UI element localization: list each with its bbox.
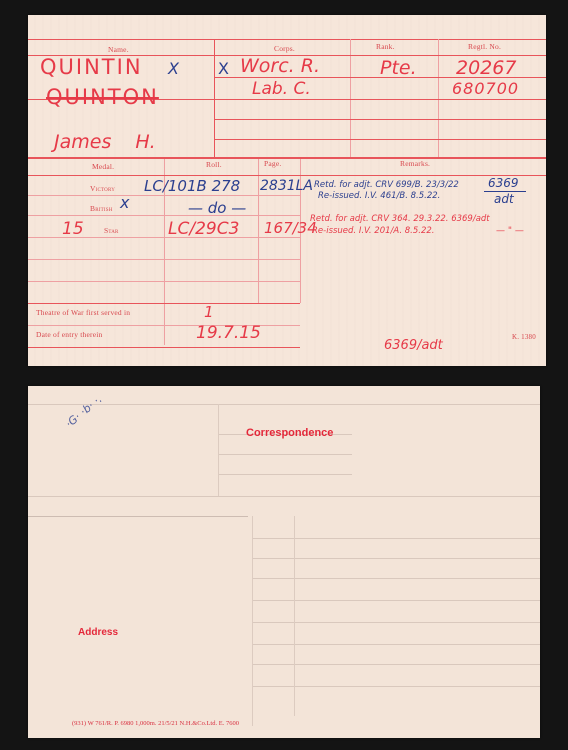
rule bbox=[252, 664, 540, 665]
remarks-star-line-2: Re-issued. I.V. 201/A. 8.5.22. bbox=[312, 227, 435, 236]
name-header: Name. bbox=[108, 45, 129, 54]
printer-imprint: (931) W 761/R. P. 6980 1,000m. 21/5/21 N… bbox=[72, 720, 239, 727]
medal-label-british: British bbox=[90, 204, 113, 213]
regtl-no-2: 680700 bbox=[452, 81, 519, 97]
remarks-vb-line-1: Retd. for adjt. CRV 699/B. 23/3/22 bbox=[314, 181, 459, 190]
rank-value: Pte. bbox=[380, 59, 417, 78]
roll-header: Roll. bbox=[206, 160, 222, 169]
rule bbox=[28, 347, 300, 348]
rule bbox=[28, 157, 546, 159]
remarks-vb-line-2: Re-issued. I.V. 461/B. 8.5.22. bbox=[318, 192, 440, 201]
rule bbox=[28, 281, 300, 282]
rule bbox=[28, 215, 300, 216]
date-of-entry: 19.7.15 bbox=[196, 325, 261, 342]
form-code: K. 1380 bbox=[512, 333, 536, 341]
star-page: 167/34 bbox=[264, 221, 317, 236]
surname: QUINTIN bbox=[40, 57, 143, 78]
correspondence-label: Correspondence bbox=[246, 427, 333, 439]
regtl-no-1: 20267 bbox=[456, 59, 516, 78]
remarks-header: Remarks. bbox=[400, 159, 430, 168]
rule bbox=[252, 600, 540, 601]
footer-reference: 6369/adt bbox=[384, 339, 443, 352]
rule bbox=[252, 516, 253, 726]
rule bbox=[252, 686, 540, 687]
rule bbox=[252, 558, 540, 559]
rule bbox=[294, 516, 295, 716]
rule bbox=[214, 139, 546, 140]
rule bbox=[218, 474, 352, 475]
rule bbox=[214, 99, 546, 100]
corps-line-2: Lab. C. bbox=[252, 81, 311, 98]
rule bbox=[252, 538, 540, 539]
medal-check-mark: x bbox=[120, 195, 129, 211]
rule bbox=[218, 454, 352, 455]
remarks-star-line-1: Retd. for adjt. CRV 364. 29.3.22. 6369/a… bbox=[310, 215, 490, 224]
victory-roll: LC/101B 278 bbox=[144, 179, 240, 194]
corps-check-mark: X bbox=[218, 61, 229, 77]
corps-line-1: Worc. R. bbox=[240, 57, 320, 76]
star-prefix: 15 bbox=[62, 221, 84, 238]
regtl-no-header: Regtl. No. bbox=[468, 42, 501, 51]
rule bbox=[28, 516, 248, 517]
date-entry-label: Date of entry therein bbox=[36, 330, 102, 339]
theatre-label: Theatre of War first served in bbox=[36, 308, 130, 317]
remarks-vb-ref-bottom: adt bbox=[494, 193, 514, 205]
rule bbox=[28, 195, 300, 196]
forenames: James H. bbox=[54, 133, 156, 152]
rule bbox=[252, 622, 540, 623]
star-roll: LC/29C3 bbox=[168, 221, 239, 238]
rule bbox=[28, 404, 540, 405]
address-label: Address bbox=[78, 627, 118, 638]
medal-label-victory: Victory bbox=[90, 184, 115, 193]
medal-label-star: Star bbox=[104, 226, 119, 235]
remarks-vb-ref-top: 6369 bbox=[488, 177, 519, 189]
rule bbox=[214, 119, 546, 120]
remarks-star-ditto: — " — bbox=[496, 227, 524, 236]
page-header: Page. bbox=[264, 159, 281, 168]
british-roll: — do — bbox=[188, 201, 246, 216]
victory-british-page: 2831LA bbox=[260, 179, 313, 193]
rule bbox=[28, 259, 300, 260]
corps-header: Corps. bbox=[274, 44, 295, 53]
medal-header: Medal. bbox=[92, 162, 114, 171]
rule bbox=[252, 578, 540, 579]
rule bbox=[28, 496, 540, 497]
theatre-value: 1 bbox=[204, 305, 214, 320]
rank-header: Rank. bbox=[376, 42, 395, 51]
medal-card-front: Name. Corps. Rank. Regtl. No. QUINTIN X … bbox=[28, 15, 546, 366]
rule bbox=[28, 39, 546, 40]
rule bbox=[28, 175, 546, 176]
stamp-marks: ·G· ·b· ·. bbox=[64, 393, 104, 429]
rule bbox=[218, 404, 219, 496]
medal-card-reverse: ·G· ·b· ·. Correspondence Address (931) … bbox=[28, 386, 540, 738]
surname-check-mark: X bbox=[168, 61, 179, 77]
rule bbox=[28, 303, 300, 304]
struck-surname: QUINTON bbox=[46, 87, 159, 108]
rule bbox=[252, 644, 540, 645]
